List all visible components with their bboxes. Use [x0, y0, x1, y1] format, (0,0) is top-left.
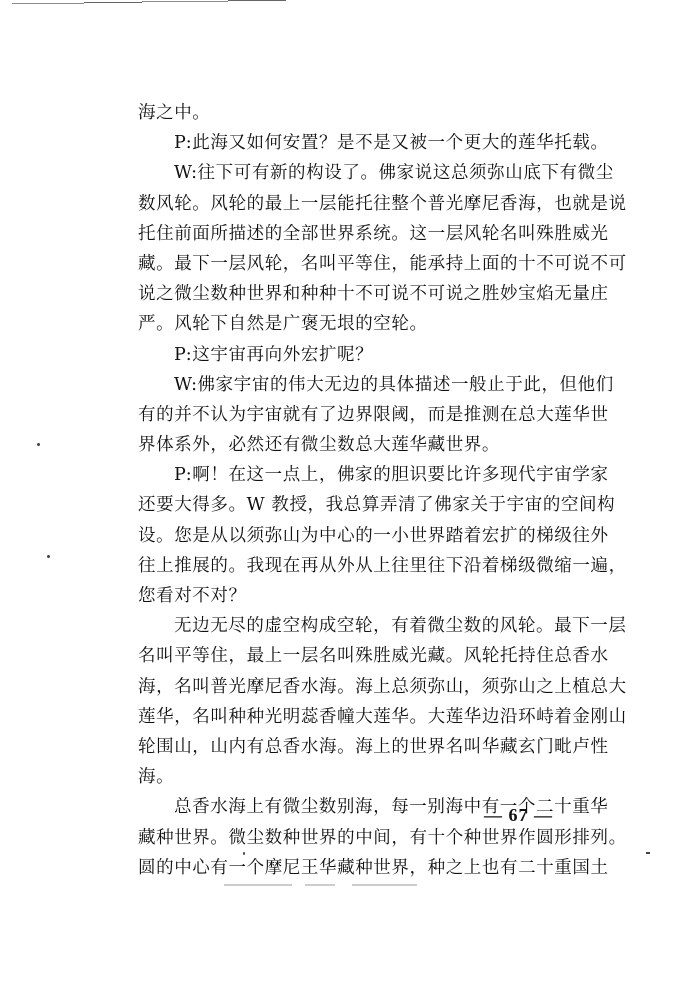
- scan-speck: [646, 852, 650, 854]
- text-line: 圆的中心有一个摩尼王华藏种世界，种之上也有二十重国土: [138, 853, 583, 883]
- text-line: W:往下可有新的构设了。佛家说这总须弥山底下有微尘: [138, 158, 583, 188]
- text-line: P:啊！在这一点上，佛家的胆识要比许多现代宇宙学家: [138, 460, 583, 490]
- text-line: 海。: [138, 762, 583, 792]
- page-number: — 67 —: [484, 805, 553, 826]
- text-line: 海，名叫普光摩尼香水海。海上总须弥山，须弥山之上植总大: [138, 672, 583, 702]
- text-line: 您看对不对？: [138, 581, 583, 611]
- scan-speck: [37, 443, 40, 446]
- scan-noise: [224, 884, 292, 886]
- text-line: 无边无尽的虚空构成空轮，有着微尘数的风轮。最下一层: [138, 611, 583, 641]
- text-line: 有的并不认为宇宙就有了边界限阈，而是推测在总大莲华世: [138, 400, 583, 430]
- text-line: 托住前面所描述的全部世界系统。这一层风轮名叫殊胜威光: [138, 219, 583, 249]
- text-line: 还要大得多。W 教授，我总算弄清了佛家关于宇宙的空间构: [138, 490, 583, 520]
- text-line: 说之微尘数种世界和种种十不可说不可说之胜妙宝焰无量庄: [138, 279, 583, 309]
- text-line: 设。您是从以须弥山为中心的一小世界踏着宏扩的梯级往外: [138, 521, 583, 551]
- scan-speck: [47, 555, 50, 558]
- text-line: 藏种世界。微尘数种世界的中间，有十个种世界作圆形排列。: [138, 823, 583, 853]
- page-body: 海之中。P:此海又如何安置？是不是又被一个更大的莲华托载。W:往下可有新的构设了…: [138, 98, 583, 883]
- text-line: P:这宇宙再向外宏扩呢？: [138, 340, 583, 370]
- scan-noise: [352, 884, 417, 886]
- text-line: 界体系外，必然还有微尘数总大莲华藏世界。: [138, 430, 583, 460]
- text-line: 名叫平等住，最上一层名叫殊胜威光藏。风轮托持住总香水: [138, 641, 583, 671]
- text-line: 莲华，名叫种种光明蕊香幢大莲华。大莲华边沿环峙着金刚山: [138, 702, 583, 732]
- scan-top-edge: [10, 0, 290, 4]
- text-line: W:佛家宇宙的伟大无边的具体描述一般止于此，但他们: [138, 370, 583, 400]
- text-line: P:此海又如何安置？是不是又被一个更大的莲华托载。: [138, 128, 583, 158]
- scan-noise: [305, 884, 335, 886]
- text-line: 数风轮。风轮的最上一层能托往整个普光摩尼香海，也就是说: [138, 189, 583, 219]
- text-line: 轮围山，山内有总香水海。海上的世界名叫华藏玄门毗卢性: [138, 732, 583, 762]
- text-line: 藏。最下一层风轮，名叫平等住，能承持上面的十不可说不可: [138, 249, 583, 279]
- text-line: 严。风轮下自然是广褒无垠的空轮。: [138, 309, 583, 339]
- text-line: 海之中。: [138, 98, 583, 128]
- scan-speck: [243, 852, 245, 855]
- text-line: 往上推展的。我现在再从外从上往里往下沿着梯级微缩一遍，: [138, 551, 583, 581]
